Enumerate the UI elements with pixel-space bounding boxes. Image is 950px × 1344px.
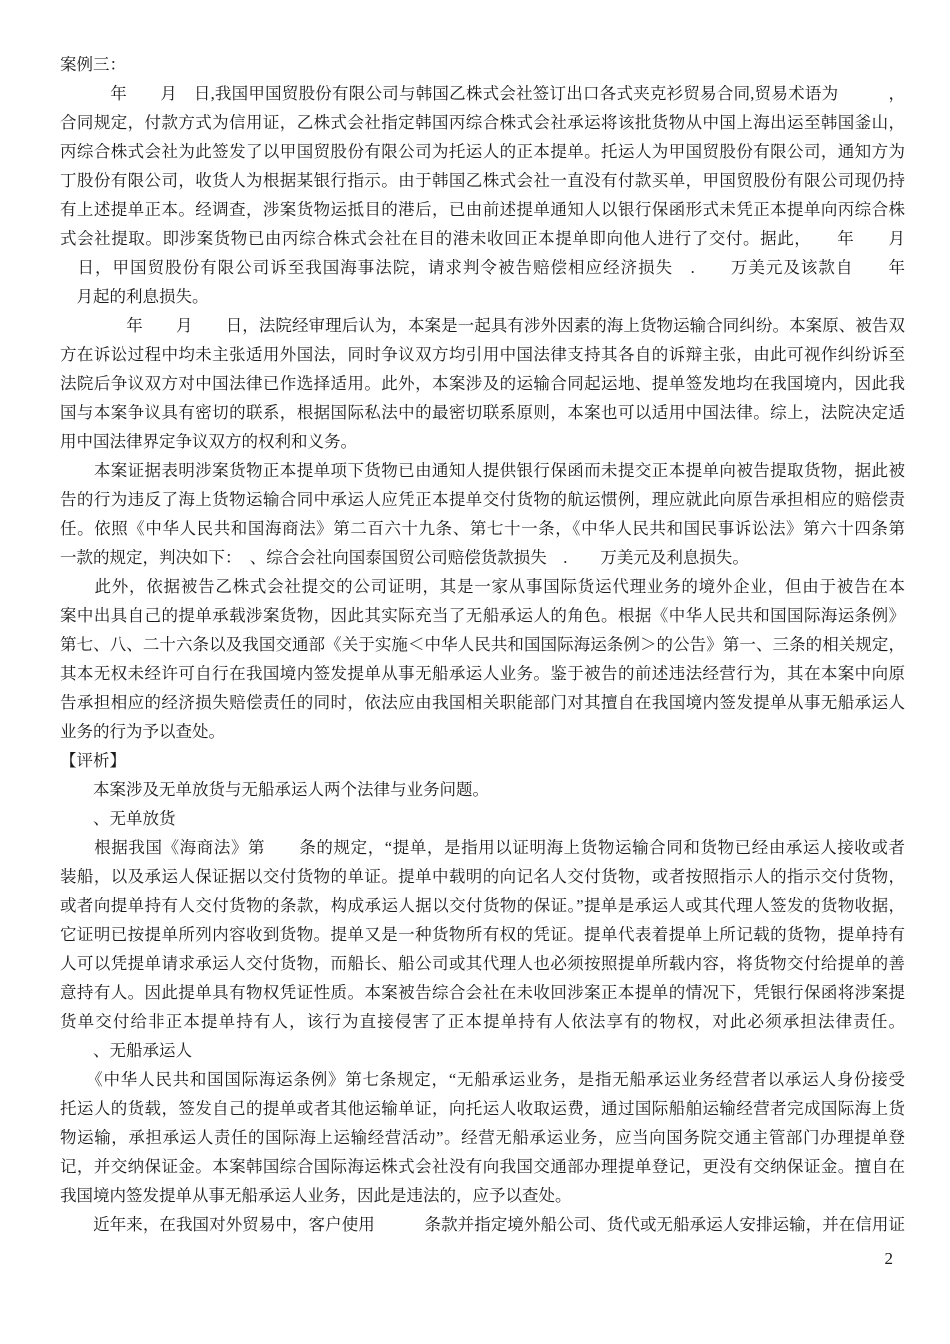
text-line: 我国境内签发提单从事无船承运人业务，因此是违法的，应予以查处。 [60, 1181, 905, 1210]
text-line: 法院后争议双方对中国法律已作选择适用。此外，本案涉及的运输合同起运地、提单签发地… [60, 369, 905, 398]
text-line: 托运人的货载，签发自己的提单或者其他运输单证，向托运人收取运费，通过国际船舶运输… [60, 1094, 905, 1123]
document-page: 案例三： 年 月 日,我国甲国贸股份有限公司与韩国乙株式会社签订出口各式夹克衫贸… [0, 0, 950, 1344]
page-number: 2 [885, 1249, 894, 1268]
text-line: 年 月 日，法院经审理后认为，本案是一起具有涉外因素的海上货物运输合同纠纷。本案… [60, 311, 905, 340]
text-line: 货单交付给非正本提单持有人，该行为直接侵害了正本提单持有人依法享有的物权，对此必… [60, 1007, 905, 1036]
text-line: 用中国法律界定争议双方的权利和义务。 [60, 427, 905, 456]
text-line: 月起的利息损失。 [60, 282, 905, 311]
text-line: 案例三： [60, 50, 905, 79]
text-line: 根据我国《海商法》第 条的规定，“提单，是指用以证明海上货物运输合同和货物已经由… [60, 833, 905, 862]
text-line: 本案证据表明涉案货物正本提单项下货物已由通知人提供银行保函而未提交正本提单向被告… [60, 456, 905, 485]
text-line: 丁股份有限公司，收货人为根据某银行指示。由于韩国乙株式会社一直没有付款买单，甲国… [60, 166, 905, 195]
text-line: 记，并交纳保证金。本案韩国综合国际海运株式会社没有向我国交通部办理提单登记，更没… [60, 1152, 905, 1181]
text-line: 年 月 日,我国甲国贸股份有限公司与韩国乙株式会社签订出口各式夹克衫贸易合同,贸… [60, 79, 905, 108]
text-line: 它证明已按提单所列内容收到货物。提单又是一种货物所有权的凭证。提单代表着提单上所… [60, 920, 905, 949]
text-line: 式会社提取。即涉案货物已由丙综合株式会社在目的港未收回正本提单即向他人进行了交付… [60, 224, 905, 253]
text-line: 《中华人民共和国国际海运条例》第七条规定，“无船承运业务，是指无船承运业务经营者… [60, 1065, 905, 1094]
text-line: 案中出具自己的提单承载涉案货物，因此其实际充当了无船承运人的角色。根据《中华人民… [60, 601, 905, 630]
page-footer: 2 [60, 1249, 905, 1269]
text-line: 合同规定，付款方式为信用证，乙株式会社指定韩国丙综合株式会社承运将该批货物从中国… [60, 108, 905, 137]
text-line: 任。依照《中华人民共和国海商法》第二百六十九条、第七十一条，《中华人民共和国民事… [60, 514, 905, 543]
text-line: 第七、八、二十六条以及我国交通部《关于实施＜中华人民共和国国际海运条例＞的公告》… [60, 630, 905, 659]
text-line: 有上述提单正本。经调查，涉案货物运抵目的港后，已由前述提单通知人以银行保函形式未… [60, 195, 905, 224]
text-line: 或者向提单持有人交付货物的条款，构成承运人据以交付货物的保证。”提单是承运人或其… [60, 891, 905, 920]
text-line: 告承担相应的经济损失赔偿责任的同时，依法应由我国相关职能部门对其擅自在我国境内签… [60, 688, 905, 717]
text-line: 人可以凭提单请求承运人交付货物，而船长、船公司或其代理人也必须按照提单所载内容，… [60, 949, 905, 978]
text-line: 日，甲国贸股份有限公司诉至我国海事法院，请求判令被告赔偿相应经济损失 . 万美元… [60, 253, 905, 282]
text-line: 其本无权未经许可自行在我国境内签发提单从事无船承运人业务。鉴于被告的前述违法经营… [60, 659, 905, 688]
text-line: 、无船承运人 [60, 1036, 905, 1065]
text-line: 国与本案争议具有密切的联系，根据国际私法中的最密切联系原则，本案也可以适用中国法… [60, 398, 905, 427]
text-line: 一款的规定，判决如下： 、综合会社向国泰国贸公司赔偿货款损失 . 万美元及利息损… [60, 543, 905, 572]
text-line: 装船，以及承运人保证据以交付货物的单证。提单中载明的向记名人交付货物，或者按照指… [60, 862, 905, 891]
text-line: 、无单放货 [60, 804, 905, 833]
text-line: 本案涉及无单放货与无船承运人两个法律与业务问题。 [60, 775, 905, 804]
text-line: 方在诉讼过程中均未主张适用外国法，同时争议双方均引用中国法律支持其各自的诉辩主张… [60, 340, 905, 369]
text-line: 物运输，承担承运人责任的国际海上运输经营活动”。经营无船承运业务，应当向国务院交… [60, 1123, 905, 1152]
text-line: 近年来，在我国对外贸易中，客户使用 条款并指定境外船公司、货代或无船承运人安排运… [60, 1210, 905, 1239]
text-line: 丙综合株式会社为此签发了以甲国贸股份有限公司为托运人的正本提单。托运人为甲国贸股… [60, 137, 905, 166]
document-body: 案例三： 年 月 日,我国甲国贸股份有限公司与韩国乙株式会社签订出口各式夹克衫贸… [60, 50, 905, 1239]
text-line: 告的行为违反了海上货物运输合同中承运人应凭正本提单交付货物的航运惯例，理应就此向… [60, 485, 905, 514]
text-line: 【评析】 [60, 746, 905, 775]
text-line: 意持有人。因此提单具有物权凭证性质。本案被告综合会社在未收回涉案正本提单的情况下… [60, 978, 905, 1007]
text-line: 业务的行为予以查处。 [60, 717, 905, 746]
text-line: 此外，依据被告乙株式会社提交的公司证明，其是一家从事国际货运代理业务的境外企业，… [60, 572, 905, 601]
